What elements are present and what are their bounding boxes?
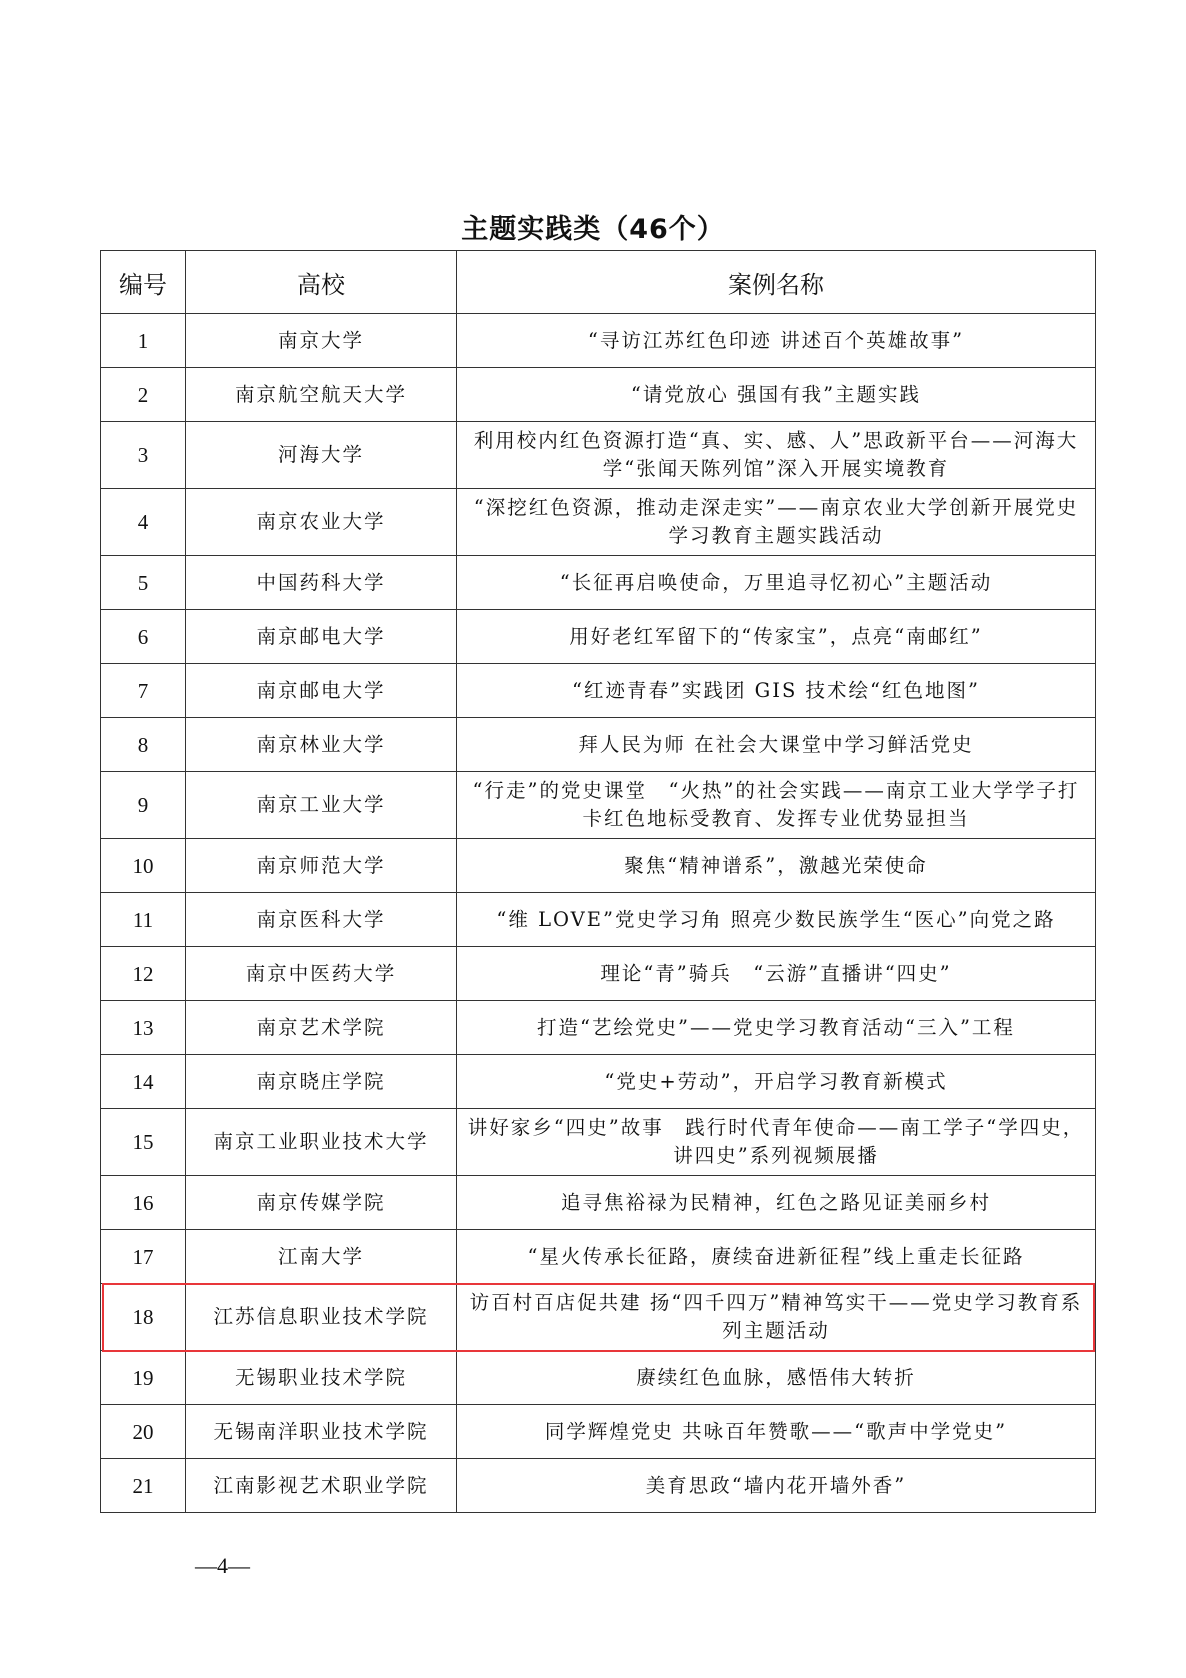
row-school: 南京中医药大学 — [186, 947, 457, 1001]
row-no: 3 — [101, 422, 186, 489]
row-school: 南京大学 — [186, 314, 457, 368]
row-case-name: “维 LOVE”党史学习角 照亮少数民族学生“医心”向党之路 — [457, 893, 1096, 947]
row-no: 19 — [101, 1351, 186, 1405]
table-row: 11 南京医科大学 “维 LOVE”党史学习角 照亮少数民族学生“医心”向党之路 — [101, 893, 1096, 947]
page-title: 主题实践类（46个） — [0, 210, 1186, 250]
table-row: 6 南京邮电大学 用好老红军留下的“传家宝”，点亮“南邮红” — [101, 610, 1096, 664]
row-no: 4 — [101, 489, 186, 556]
row-case-name: 访百村百店促共建 扬“四千四万”精神笃实干——党史学习教育系列主题活动 — [457, 1284, 1096, 1351]
table-row: 3 河海大学 利用校内红色资源打造“真、实、感、人”思政新平台——河海大学“张闻… — [101, 422, 1096, 489]
table-row: 8 南京林业大学 拜人民为师 在社会大课堂中学习鲜活党史 — [101, 718, 1096, 772]
row-no: 11 — [101, 893, 186, 947]
row-no: 6 — [101, 610, 186, 664]
row-school: 南京农业大学 — [186, 489, 457, 556]
row-school: 江苏信息职业技术学院 — [186, 1284, 457, 1351]
row-no: 20 — [101, 1405, 186, 1459]
row-school: 中国药科大学 — [186, 556, 457, 610]
table-row: 15 南京工业职业技术大学 讲好家乡“四史”故事 践行时代青年使命——南工学子“… — [101, 1109, 1096, 1176]
row-case-name: “星火传承长征路，赓续奋进新征程”线上重走长征路 — [457, 1230, 1096, 1284]
table-row: 21 江南影视艺术职业学院 美育思政“墙内花开墙外香” — [101, 1459, 1096, 1513]
row-school: 南京航空航天大学 — [186, 368, 457, 422]
row-school: 江南影视艺术职业学院 — [186, 1459, 457, 1513]
table-row: 16 南京传媒学院 追寻焦裕禄为民精神，红色之路见证美丽乡村 — [101, 1176, 1096, 1230]
row-case-name: “长征再启唤使命，万里追寻忆初心”主题活动 — [457, 556, 1096, 610]
row-no: 21 — [101, 1459, 186, 1513]
row-case-name: 讲好家乡“四史”故事 践行时代青年使命——南工学子“学四史，讲四史”系列视频展播 — [457, 1109, 1096, 1176]
row-case-name: 聚焦“精神谱系”，激越光荣使命 — [457, 839, 1096, 893]
row-no: 14 — [101, 1055, 186, 1109]
row-case-name: “行走”的党史课堂 “火热”的社会实践——南京工业大学学子打卡红色地标受教育、发… — [457, 772, 1096, 839]
row-no: 5 — [101, 556, 186, 610]
table-row: 14 南京晓庄学院 “党史+劳动”，开启学习教育新模式 — [101, 1055, 1096, 1109]
table-row: 4 南京农业大学 “深挖红色资源，推动走深走实”——南京农业大学创新开展党史学习… — [101, 489, 1096, 556]
row-school: 南京医科大学 — [186, 893, 457, 947]
table-row: 17 江南大学 “星火传承长征路，赓续奋进新征程”线上重走长征路 — [101, 1230, 1096, 1284]
row-school: 河海大学 — [186, 422, 457, 489]
header-case-name: 案例名称 — [457, 251, 1096, 314]
page-number: —4— — [195, 1553, 250, 1579]
row-no: 13 — [101, 1001, 186, 1055]
row-case-name: 赓续红色血脉，感悟伟大转折 — [457, 1351, 1096, 1405]
row-case-name: 拜人民为师 在社会大课堂中学习鲜活党史 — [457, 718, 1096, 772]
table-row: 5 中国药科大学 “长征再启唤使命，万里追寻忆初心”主题活动 — [101, 556, 1096, 610]
row-no: 9 — [101, 772, 186, 839]
table-row: 7 南京邮电大学 “红迹青春”实践团 GIS 技术绘“红色地图” — [101, 664, 1096, 718]
row-no: 7 — [101, 664, 186, 718]
row-school: 江南大学 — [186, 1230, 457, 1284]
row-no: 15 — [101, 1109, 186, 1176]
header-school: 高校 — [186, 251, 457, 314]
row-no: 10 — [101, 839, 186, 893]
row-case-name: 打造“艺绘党史”——党史学习教育活动“三入”工程 — [457, 1001, 1096, 1055]
row-case-name: “寻访江苏红色印迹 讲述百个英雄故事” — [457, 314, 1096, 368]
row-case-name: “红迹青春”实践团 GIS 技术绘“红色地图” — [457, 664, 1096, 718]
table-row: 20 无锡南洋职业技术学院 同学辉煌党史 共咏百年赞歌——“歌声中学党史” — [101, 1405, 1096, 1459]
row-school: 无锡南洋职业技术学院 — [186, 1405, 457, 1459]
row-school: 南京邮电大学 — [186, 664, 457, 718]
row-school: 南京林业大学 — [186, 718, 457, 772]
row-case-name: 用好老红军留下的“传家宝”，点亮“南邮红” — [457, 610, 1096, 664]
table-row-highlighted: 18 江苏信息职业技术学院 访百村百店促共建 扬“四千四万”精神笃实干——党史学… — [101, 1284, 1096, 1351]
table-row: 19 无锡职业技术学院 赓续红色血脉，感悟伟大转折 — [101, 1351, 1096, 1405]
row-case-name: “深挖红色资源，推动走深走实”——南京农业大学创新开展党史学习教育主题实践活动 — [457, 489, 1096, 556]
table-row: 1 南京大学 “寻访江苏红色印迹 讲述百个英雄故事” — [101, 314, 1096, 368]
row-no: 12 — [101, 947, 186, 1001]
row-school: 南京邮电大学 — [186, 610, 457, 664]
header-no: 编号 — [101, 251, 186, 314]
row-case-name: “党史+劳动”，开启学习教育新模式 — [457, 1055, 1096, 1109]
row-case-name: 同学辉煌党史 共咏百年赞歌——“歌声中学党史” — [457, 1405, 1096, 1459]
row-case-name: “请党放心 强国有我”主题实践 — [457, 368, 1096, 422]
row-school: 无锡职业技术学院 — [186, 1351, 457, 1405]
table-row: 12 南京中医药大学 理论“青”骑兵 “云游”直播讲“四史” — [101, 947, 1096, 1001]
row-school: 南京工业大学 — [186, 772, 457, 839]
row-no: 17 — [101, 1230, 186, 1284]
row-no: 2 — [101, 368, 186, 422]
row-school: 南京艺术学院 — [186, 1001, 457, 1055]
row-school: 南京传媒学院 — [186, 1176, 457, 1230]
row-case-name: 利用校内红色资源打造“真、实、感、人”思政新平台——河海大学“张闻天陈列馆”深入… — [457, 422, 1096, 489]
row-case-name: 美育思政“墙内花开墙外香” — [457, 1459, 1096, 1513]
row-no: 18 — [101, 1284, 186, 1351]
table-row: 10 南京师范大学 聚焦“精神谱系”，激越光荣使命 — [101, 839, 1096, 893]
table-row: 13 南京艺术学院 打造“艺绘党史”——党史学习教育活动“三入”工程 — [101, 1001, 1096, 1055]
row-no: 1 — [101, 314, 186, 368]
row-school: 南京工业职业技术大学 — [186, 1109, 457, 1176]
table-header-row: 编号 高校 案例名称 — [101, 251, 1096, 314]
row-school: 南京师范大学 — [186, 839, 457, 893]
row-case-name: 追寻焦裕禄为民精神，红色之路见证美丽乡村 — [457, 1176, 1096, 1230]
table-row: 2 南京航空航天大学 “请党放心 强国有我”主题实践 — [101, 368, 1096, 422]
row-case-name: 理论“青”骑兵 “云游”直播讲“四史” — [457, 947, 1096, 1001]
row-no: 16 — [101, 1176, 186, 1230]
row-school: 南京晓庄学院 — [186, 1055, 457, 1109]
table-row: 9 南京工业大学 “行走”的党史课堂 “火热”的社会实践——南京工业大学学子打卡… — [101, 772, 1096, 839]
cases-table: 编号 高校 案例名称 1 南京大学 “寻访江苏红色印迹 讲述百个英雄故事” 2 … — [100, 250, 1096, 1513]
row-no: 8 — [101, 718, 186, 772]
